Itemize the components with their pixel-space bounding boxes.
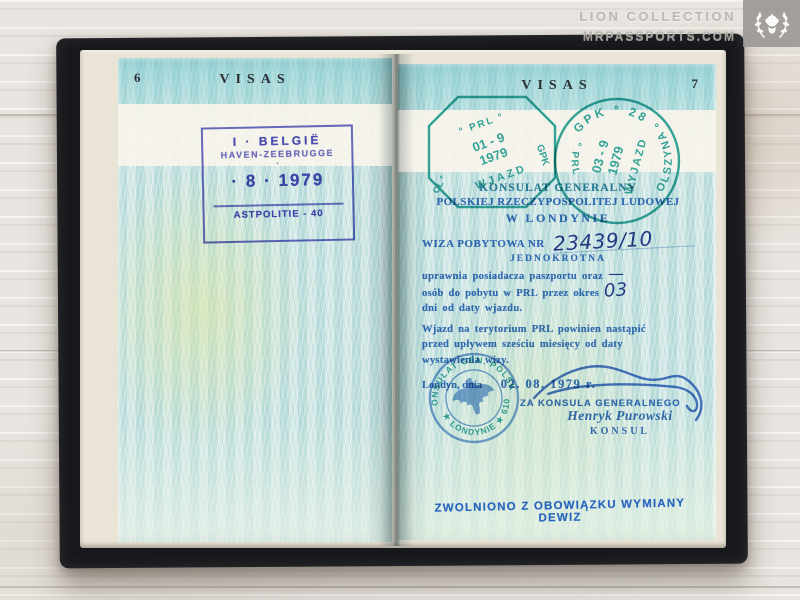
left-visa-page: 6 VISAS I · BELGIË HAVEN-ZEEBRUGGE · · 8… <box>118 58 392 542</box>
belgium-border-stamp: I · BELGIË HAVEN-ZEEBRUGGE · · 8 · 1979 … <box>201 124 355 243</box>
currency-exemption-stamp: ZWOLNIONO Z OBOWIĄZKU WYMIANY DEWIZ <box>414 497 706 527</box>
polish-eagle-icon <box>448 373 499 419</box>
visa-entries-type: JEDNOKROTNA <box>422 254 694 264</box>
page-number-7: 7 <box>692 76 699 92</box>
belgium-stamp-date: · 8 · 1979 <box>204 169 352 192</box>
visa-number-row: WIZA POBYTOWA NR 23439/10 <box>422 231 694 250</box>
visa-number-label: WIZA POBYTOWA NR <box>422 238 545 250</box>
belgium-stamp-police: ASTPOLITIE - 40 <box>205 207 353 221</box>
signatory-title: KONSUL <box>530 426 710 437</box>
visa-consulate-line3: W LONDYNIE <box>422 211 694 226</box>
watermark-line1: LION COLLECTION <box>579 9 736 24</box>
visa-consulate-line2: POLSKIEJ RZECZYPOSPOLITEJ LUDOWEJ <box>422 196 694 208</box>
right-page-visas-heading: VISAS <box>398 78 716 94</box>
right-visa-page: VISAS 7 ° PRL ° 01 - 9 1979 WJAZD GPK OL… <box>398 64 716 540</box>
belgium-stamp-divider <box>213 203 343 208</box>
visa-days-handwritten: 03 <box>604 284 628 298</box>
visa-number-handwritten: 23439/10 <box>552 227 694 253</box>
visa-line1-text: uprawnia posiadacza paszportu oraz <box>422 271 603 282</box>
entry-stamp-post: GPK <box>534 143 551 168</box>
visa-body-line1: uprawnia posiadacza paszportu oraz — <box>422 269 694 285</box>
passport-gutter-shadow <box>378 54 414 546</box>
watermark: LION COLLECTION MRPASSPORTS.COM <box>579 9 736 43</box>
left-page-visas-heading: VISAS <box>118 72 392 88</box>
signatory: Henryk Purowski KONSUL <box>530 408 710 437</box>
visa-body-line3: dni od daty wjazdu. <box>422 301 694 317</box>
signatory-name: Henryk Purowski <box>530 408 710 424</box>
visa-consulate-line1: KONSULAT GENERALNY <box>422 182 694 194</box>
lion-laurel-icon <box>743 0 800 47</box>
visa-body-line4: Wjazd na terytorium PRL powinien nastąpi… <box>422 322 694 338</box>
visa-body-line2: osób do pobytu w PRL przez okres 03 <box>422 285 694 302</box>
watermark-line2: MRPASSPORTS.COM <box>579 29 736 43</box>
exit-stamp-country: ° PRL <box>568 140 583 178</box>
svg-text:° PRL: ° PRL <box>568 140 583 178</box>
visa-line2-text: osób do pobytu w PRL przez okres <box>422 288 599 299</box>
passport-photo: LION COLLECTION MRPASSPORTS.COM <box>0 0 800 600</box>
